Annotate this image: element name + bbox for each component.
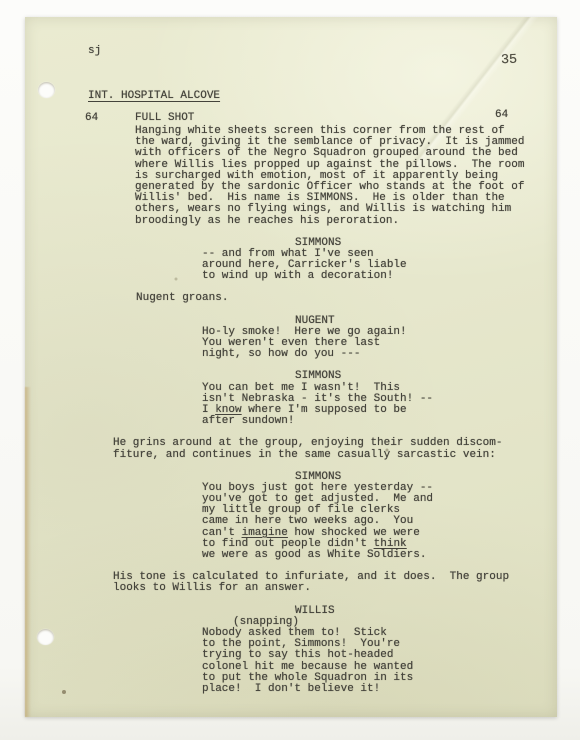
dialogue-line: night, so how do you --- — [202, 349, 557, 360]
script-page: sj 35 INT. HOSPITAL ALCOVE 64 FULL SHOT … — [25, 17, 557, 717]
punch-hole-top-icon — [38, 82, 55, 98]
action-indent-block: Nugent groans. — [25, 293, 557, 304]
dialogue-block: -- and from what I've seenaround here, C… — [25, 249, 557, 283]
scanned-page-background: sj 35 INT. HOSPITAL ALCOVE 64 FULL SHOT … — [0, 0, 580, 740]
dialogue-block: Nobody asked them to! Stickto the point,… — [25, 628, 557, 695]
dialogue-line: after sundown! — [202, 416, 557, 427]
paper-specks — [25, 17, 27, 19]
dialogue-block: You boys just got here yesterday --you'v… — [25, 483, 557, 561]
dialogue-line: place! I don't believe it! — [202, 684, 557, 695]
dialogue-block: Ho-ly smoke! Here we go again!You weren'… — [25, 327, 557, 361]
action-line: looks to Willis for an answer. — [113, 583, 557, 594]
character-block: SIMMONS — [25, 371, 557, 382]
action-line: fiture, and continues in the same casual… — [113, 450, 557, 461]
action-block: His tone is calculated to infuriate, and… — [25, 572, 557, 594]
scene-heading: INT. HOSPITAL ALCOVE — [88, 91, 220, 102]
action-line: He grins around at the group, enjoying t… — [113, 438, 557, 449]
dialogue-line: to wind up with a decoration! — [202, 271, 557, 282]
character-line: SIMMONS — [295, 371, 557, 382]
description-block: Hanging white sheets screen this corner … — [25, 126, 557, 227]
character-line: WILLIS — [295, 606, 557, 617]
script-content: Hanging white sheets screen this corner … — [25, 126, 557, 695]
action-indent-line: Nugent groans. — [136, 293, 557, 304]
dialogue-block: You can bet me I wasn't! Thisisn't Nebra… — [25, 383, 557, 428]
description-line: broodingly as he reaches his peroration. — [135, 216, 557, 227]
page-number: 35 — [501, 55, 518, 67]
description-line: with officers of the Negro Squadron grou… — [135, 148, 557, 159]
scene-number-right: 64 — [495, 110, 508, 121]
action-block: He grins around at the group, enjoying t… — [25, 438, 557, 460]
shot-title: FULL SHOT — [135, 113, 194, 124]
dialogue-line: colonel hit me because he wanted — [202, 662, 557, 673]
typist-initials: sj — [88, 46, 101, 57]
dialogue-line: trying to say this hot-headed — [202, 650, 557, 661]
scene-number-left: 64 — [85, 113, 98, 124]
description-line: others, wears no flying wings, and Willi… — [135, 204, 557, 215]
dialogue-line: we were as good as White Soldiers. — [202, 550, 557, 561]
